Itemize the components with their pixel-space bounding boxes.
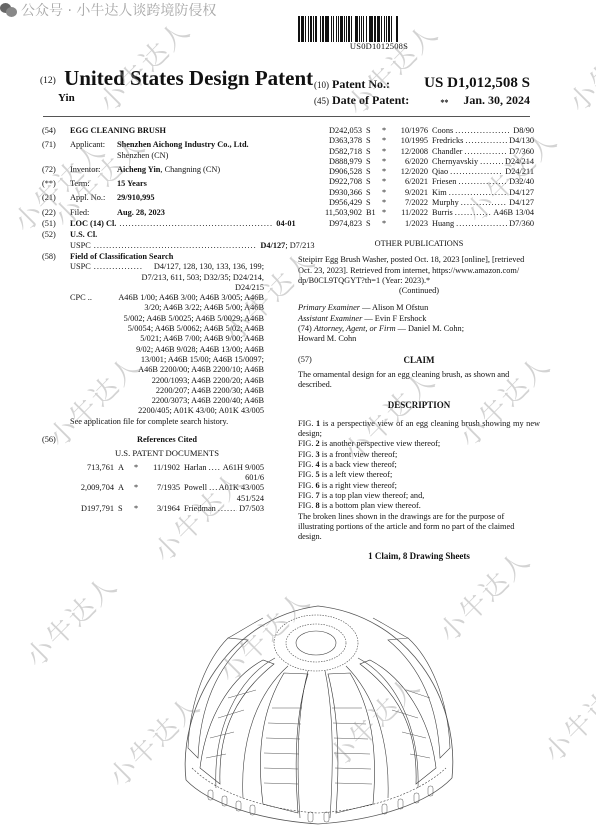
barcode-number: US0D1012508S: [298, 41, 460, 51]
field-search-note: See application file for complete search…: [70, 417, 264, 427]
field-search-cpc-line: 2200/3073; A46B 2200/40; A46B: [70, 396, 264, 406]
reference-class: D24/214: [505, 157, 534, 167]
inid-code: (51): [42, 219, 70, 229]
inid-code: (56): [42, 435, 70, 445]
field-inventor: (72) Inventor:Aicheng Yin, Changning (CN…: [42, 165, 264, 175]
reference-cited-by-examiner-marker: *: [134, 463, 144, 473]
appl-no-label: Appl. No.:: [70, 193, 117, 203]
reference-inventor: Murphy: [432, 198, 459, 208]
inid-code-45: (45): [314, 96, 329, 106]
reference-number: 713,761: [56, 463, 114, 473]
figure-description: FIG. 1 is a perspective view of an egg c…: [298, 419, 540, 440]
reference-date: 11/2022: [392, 208, 432, 218]
reference-date: 12/2020: [392, 167, 432, 177]
reference-row: D242,053S*10/1976Coons..................…: [304, 126, 534, 136]
fig-prefix: FIG.: [298, 450, 316, 459]
reference-row: D974,823S*1/2023Huang...................…: [304, 219, 534, 229]
fig-text: is a back view thereof;: [320, 460, 397, 469]
reference-date: 1/2023: [392, 219, 432, 229]
reference-class: D7/503: [239, 504, 264, 514]
primary-examiner: — Alison M Ofstun: [362, 303, 428, 312]
reference-row: D906,528S*12/2020Qiao...................…: [304, 167, 534, 177]
reference-row: D922,708S*6/2021Friesen.................…: [304, 177, 534, 187]
dot-leader: ........................................…: [455, 208, 491, 218]
reference-name-cell: Friedman................................…: [184, 504, 264, 514]
reference-kind: S: [362, 167, 382, 177]
inid-code: (71): [42, 140, 70, 161]
field-search-uspc-line-0: D4/127, 128, 130, 133, 136, 199;: [146, 262, 264, 272]
reference-cited-by-examiner-marker: *: [134, 483, 144, 493]
inid-code-12: (12): [40, 76, 56, 86]
reference-inventor: Coons: [432, 126, 453, 136]
header-divider: [43, 116, 530, 117]
inid-code: (54): [42, 126, 70, 136]
applicant-name: Shenzhen Aichong Industry Co., Ltd.: [117, 140, 249, 149]
fig-text: is a bottom plan view thereof.: [320, 501, 421, 510]
field-search-cpc-line-0: A46B 1/00; A46B 3/00; A46B 3/005; A46B: [92, 293, 264, 303]
uspc-label: USPC: [70, 241, 91, 251]
loc-label: LOC (14) Cl.: [70, 219, 116, 229]
left-references-list: 713,761A*11/1902Harlan..................…: [42, 463, 264, 514]
reference-row: D582,718S*12/2008Chandler...............…: [304, 147, 534, 157]
reference-name-cell: Harlan..................................…: [184, 463, 264, 473]
reference-number: D582,718: [304, 147, 362, 157]
reference-date: 11/1902: [144, 463, 184, 473]
figure-description: FIG. 8 is a bottom plan view thereof.: [298, 501, 540, 511]
field-search-uspc-line-1: D7/213, 611, 503; D32/35; D24/214,: [70, 273, 264, 283]
field-search-cpc-line: 2200/207; A46B 2200/30; A46B: [70, 386, 264, 396]
reference-kind: A: [114, 483, 134, 493]
fig-text: is a right view thereof;: [320, 481, 397, 490]
reference-class: D8/90: [513, 126, 534, 136]
reference-additional-class: 451/524: [56, 494, 264, 504]
field-loc: (51) LOC (14) Cl. ......................…: [42, 219, 264, 229]
reference-name-cell: Huang...................................…: [432, 219, 534, 229]
reference-row: 713,761A*11/1902Harlan..................…: [56, 463, 264, 473]
us-cl-label: U.S. Cl.: [70, 230, 315, 240]
reference-date: 6/2020: [392, 157, 432, 167]
reference-cited-by-examiner-marker: *: [382, 208, 392, 218]
reference-number: 2,009,704: [56, 483, 114, 493]
reference-name-cell: Murphy..................................…: [432, 198, 534, 208]
reference-date: 7/2022: [392, 198, 432, 208]
inid-code: (21): [42, 193, 70, 203]
broken-lines-note: The broken lines shown in the drawings a…: [298, 512, 540, 543]
field-references-cited: (56) References Cited: [42, 435, 264, 445]
right-column: D242,053S*10/1976Coons..................…: [298, 126, 540, 568]
reference-cited-by-examiner-marker: *: [382, 219, 392, 229]
dot-leader: ........................................…: [465, 136, 507, 146]
fig-prefix: FIG.: [298, 439, 316, 448]
term-value: 15 Years: [117, 179, 147, 188]
inventor-label: Inventor:: [70, 165, 117, 175]
reference-class: A46B 13/04: [493, 208, 534, 218]
reference-row: 11,503,902B1*11/2022Burris..............…: [304, 208, 534, 218]
claim-text: The ornamental design for an egg cleanin…: [298, 370, 540, 391]
reference-kind: S: [362, 147, 382, 157]
watermark: 小牛达人: [533, 660, 596, 770]
reference-date: 10/1976: [392, 126, 432, 136]
reference-number: D197,791: [56, 504, 114, 514]
reference-class: D7/360: [509, 219, 534, 229]
reference-row: D956,429S*7/2022Murphy..................…: [304, 198, 534, 208]
invention-title: EGG CLEANING BRUSH: [70, 126, 264, 136]
reference-inventor: Friesen: [432, 177, 456, 187]
field-search-cpc-line: 5/002; A46B 5/0025; A46B 5/0029; A46B: [70, 314, 264, 324]
reference-name-cell: Burris..................................…: [432, 208, 534, 218]
field-search-cpc-line: 13/001; A46B 15/00; A46B 15/0097;: [70, 355, 264, 365]
reference-kind: S: [362, 157, 382, 167]
applicant-label: Applicant:: [70, 140, 117, 161]
attorney-label: Attorney, Agent, or Firm: [314, 324, 396, 333]
inid-code: (58): [42, 252, 70, 427]
field-search-cpc-line: 5/0054; A46B 5/0062; A46B 5/02; A46B: [70, 324, 264, 334]
reference-number: D888,979: [304, 157, 362, 167]
reference-cited-by-examiner-marker: *: [382, 198, 392, 208]
claim-heading-row: (57) CLAIM: [298, 355, 540, 365]
dot-leader: ........................................…: [119, 219, 273, 229]
field-search-cpc-line: 9/02; A46B 9/028; A46B 13/00; A46B: [70, 345, 264, 355]
reference-row: D930,366S*9/2021Kim.....................…: [304, 188, 534, 198]
reference-date: 7/1935: [144, 483, 184, 493]
reference-cited-by-examiner-marker: *: [382, 157, 392, 167]
reference-kind: S: [362, 177, 382, 187]
appl-no-value: 29/910,995: [117, 193, 155, 202]
design-drawing-egg-cleaning-brush: [168, 598, 468, 827]
reference-name-cell: Powell..................................…: [184, 483, 264, 493]
description-heading: DESCRIPTION: [298, 400, 540, 410]
field-search-uspc-label: USPC: [70, 262, 91, 272]
reference-number: 11,503,902: [304, 208, 362, 218]
reference-cited-by-examiner-marker: *: [382, 126, 392, 136]
reference-date: 3/1964: [144, 504, 184, 514]
reference-class: A01K 43/005: [219, 483, 264, 493]
field-us-cl: (52) U.S. Cl. USPC .....................…: [42, 230, 264, 251]
date-of-patent-label-text: Date of Patent:: [332, 93, 409, 107]
reference-row: D363,378S*10/1995Fredricks..............…: [304, 136, 534, 146]
figure-description: FIG. 7 is a top plan view thereof; and,: [298, 491, 540, 501]
barcode: [298, 16, 460, 42]
reference-row: 2,009,704A*7/1935Powell.................…: [56, 483, 264, 493]
reference-cited-by-examiner-marker: *: [382, 147, 392, 157]
reference-name-cell: Chernyavskiy............................…: [432, 157, 534, 167]
field-search-cpc-lines: 3/20; A46B 3/22; A46B 5/00; A46B5/002; A…: [70, 303, 264, 416]
filed-label: Filed:: [70, 208, 117, 218]
reference-name-cell: Kim.....................................…: [432, 188, 534, 198]
field-search-cpc-line: 3/20; A46B 3/22; A46B 5/00; A46B: [70, 303, 264, 313]
reference-class: D7/360: [509, 147, 534, 157]
field-filed: (22) Filed:Aug. 28, 2023: [42, 208, 264, 218]
primary-examiner-label: Primary Examiner: [298, 303, 360, 312]
reference-inventor: Harlan: [184, 463, 207, 473]
dot-leader: ........................................…: [218, 504, 237, 514]
reference-row: D888,979S*6/2020Chernyavskiy............…: [304, 157, 534, 167]
inid-code: (**): [42, 179, 70, 189]
dot-leader: ........................................…: [464, 147, 507, 157]
inid-code: (57): [298, 355, 328, 365]
reference-class: A61H 9/005: [223, 463, 264, 473]
us-cl-primary: D4/127: [260, 241, 285, 250]
reference-kind: S: [362, 219, 382, 229]
term-label: Term:: [70, 179, 117, 189]
reference-additional-class: 601/6: [56, 473, 264, 483]
watermark: 小牛达人: [558, 10, 596, 120]
reference-number: D956,429: [304, 198, 362, 208]
reference-kind: A: [114, 463, 134, 473]
reference-cited-by-examiner-marker: *: [382, 177, 392, 187]
inid-code: (74): [298, 324, 312, 333]
dot-leader: ........................................…: [461, 198, 507, 208]
patent-number-label-text: Patent No.:: [332, 77, 390, 91]
fig-prefix: FIG.: [298, 470, 316, 479]
reference-kind: S: [362, 198, 382, 208]
date-of-patent: ** Jan. 30, 2024: [440, 93, 530, 108]
inventor-location: , Changning (CN): [160, 165, 220, 174]
fig-prefix: FIG.: [298, 501, 316, 510]
reference-number: D363,378: [304, 136, 362, 146]
applicant-location: Shenzhen (CN): [117, 151, 168, 160]
reference-name-cell: Qiao....................................…: [432, 167, 534, 177]
inid-code-10: (10): [314, 80, 329, 90]
fig-text: is a front view thereof;: [320, 450, 398, 459]
filed-value: Aug. 28, 2023: [117, 208, 165, 217]
reference-inventor: Qiao: [432, 167, 448, 177]
field-search-cpc-line: A46B 2200/00; A46B 2200/10; A46B: [70, 365, 264, 375]
reference-inventor: Burris: [432, 208, 453, 218]
reference-name-cell: Fredricks...............................…: [432, 136, 534, 146]
reference-inventor: Powell: [184, 483, 207, 493]
fig-prefix: FIG.: [298, 491, 316, 500]
field-applicant: (71) Applicant: Shenzhen Aichong Industr…: [42, 140, 264, 161]
figure-description: FIG. 5 is a left view thereof;: [298, 470, 540, 480]
continued-label: (Continued): [298, 286, 540, 296]
reference-inventor: Chandler: [432, 147, 462, 157]
field-search-cpc-line: 2200/1093; A46B 2200/20; A46B: [70, 376, 264, 386]
dot-leader: ........................................…: [209, 463, 221, 473]
reference-name-cell: Chandler................................…: [432, 147, 534, 157]
reference-number: D930,366: [304, 188, 362, 198]
field-search-uspc-line-2: D24/215: [70, 283, 264, 293]
other-publications-heading: OTHER PUBLICATIONS: [298, 239, 540, 249]
reference-cited-by-examiner-marker: *: [382, 188, 392, 198]
reference-class: D32/40: [509, 177, 534, 187]
figure-description: FIG. 3 is a front view thereof;: [298, 450, 540, 460]
assistant-examiner-label: Assistant Examiner: [298, 314, 362, 323]
document-type-title: (12) United States Design Patent: [40, 66, 313, 91]
figure-description: FIG. 6 is a right view thereof;: [298, 481, 540, 491]
reference-name-cell: Friesen.................................…: [432, 177, 534, 187]
watermark: 小牛达人: [88, 10, 198, 120]
reference-inventor: Huang: [432, 219, 454, 229]
fig-text: is a perspective view of an egg cleaning…: [298, 419, 540, 438]
wechat-icon: [0, 3, 18, 17]
examiners: Primary Examiner — Alison M Ofstun Assis…: [298, 303, 540, 344]
fig-text: is a left view thereof;: [320, 470, 393, 479]
document-type: United States Design Patent: [64, 66, 313, 90]
us-patent-documents-heading: U.S. PATENT DOCUMENTS: [70, 448, 264, 458]
fig-text: is another perspective view thereof;: [320, 439, 441, 448]
references-cited-label: References Cited: [70, 435, 264, 445]
reference-date: 12/2008: [392, 147, 432, 157]
field-classification-search: (58) Field of Classification Search USPC…: [42, 252, 264, 427]
reference-kind: S: [114, 504, 134, 514]
inid-code: (22): [42, 208, 70, 218]
figure-description: FIG. 4 is a back view thereof;: [298, 460, 540, 470]
other-publication-entry: Steipirr Egg Brush Washer, posted Oct. 1…: [298, 255, 540, 286]
field-search-cpc-line: 5/021; A46B 7/00; A46B 9/00; A46B: [70, 334, 264, 344]
reference-inventor: Kim: [432, 188, 447, 198]
figure-description: FIG. 2 is another perspective view there…: [298, 439, 540, 449]
reference-inventor: Friedman: [184, 504, 216, 514]
field-term: (**) Term:15 Years: [42, 179, 264, 189]
left-column: (54) EGG CLEANING BRUSH (71) Applicant: …: [42, 126, 264, 514]
figure-descriptions: FIG. 1 is a perspective view of an egg c…: [298, 419, 540, 512]
right-references-list: D242,053S*10/1976Coons..................…: [298, 126, 540, 229]
patent-number-label: (10) Patent No.:: [314, 77, 390, 92]
reference-class: D4/130: [509, 136, 534, 146]
inid-code: (72): [42, 165, 70, 175]
watermark: 小牛达人: [15, 565, 125, 675]
reference-number: D906,528: [304, 167, 362, 177]
field-appl-no: (21) Appl. No.:29/910,995: [42, 193, 264, 203]
reference-cited-by-examiner-marker: *: [382, 167, 392, 177]
reference-kind: S: [362, 136, 382, 146]
reference-date: 10/1995: [392, 136, 432, 146]
inid-code: (52): [42, 230, 70, 251]
loc-value: 04-01: [276, 219, 295, 229]
field-search-label: Field of Classification Search: [70, 252, 264, 262]
reference-kind: S: [362, 126, 382, 136]
fig-prefix: FIG.: [298, 460, 316, 469]
field-title: (54) EGG CLEANING BRUSH: [42, 126, 264, 136]
dot-leader: ........................................…: [94, 241, 258, 251]
reference-number: D242,053: [304, 126, 362, 136]
reference-class: D4/127: [509, 188, 534, 198]
reference-date: 9/2021: [392, 188, 432, 198]
reference-name-cell: Coons...................................…: [432, 126, 534, 136]
patent-number: US D1,012,508 S: [424, 75, 530, 92]
reference-row: D197,791S*3/1964Friedman................…: [56, 504, 264, 514]
reference-kind: B1: [362, 208, 382, 218]
fig-prefix: FIG.: [298, 419, 316, 428]
reference-inventor: Fredricks: [432, 136, 463, 146]
assistant-examiner: — Evin F Ershock: [364, 314, 426, 323]
reference-cited-by-examiner-marker: *: [382, 136, 392, 146]
inventor-surname: Yin: [58, 92, 75, 104]
dot-leader: ........................................…: [480, 157, 503, 167]
dot-leader: ........................................…: [455, 126, 511, 136]
dot-leader: ........................................…: [209, 483, 217, 493]
fig-text: is a top plan view thereof; and,: [320, 491, 425, 500]
term-marker: **: [440, 98, 448, 107]
claim-heading: CLAIM: [328, 355, 540, 365]
field-search-cpc-label: CPC ..: [70, 293, 92, 303]
dot-leader: ........................................…: [450, 167, 503, 177]
reference-kind: S: [362, 188, 382, 198]
dot-leader: ........................................…: [449, 188, 507, 198]
reference-cited-by-examiner-marker: *: [134, 504, 144, 514]
reference-inventor: Chernyavskiy: [432, 157, 478, 167]
dot-leader: ........................................…: [458, 177, 507, 187]
reference-number: D922,708: [304, 177, 362, 187]
claims-sheets-summary: 1 Claim, 8 Drawing Sheets: [298, 551, 540, 561]
dot-leader: ................: [94, 262, 143, 272]
date-of-patent-value: Jan. 30, 2024: [463, 93, 530, 107]
reference-class: D24/211: [505, 167, 534, 177]
footer-watermark-text: 公众号 · 小牛达人谈跨境防侵权: [21, 0, 216, 20]
dot-leader: ........................................…: [456, 219, 507, 229]
fig-prefix: FIG.: [298, 481, 316, 490]
reference-date: 6/2021: [392, 177, 432, 187]
date-of-patent-label: (45) Date of Patent:: [314, 93, 409, 108]
reference-number: D974,823: [304, 219, 362, 229]
field-search-cpc-line: 2200/405; A01K 43/00; A01K 43/005: [70, 406, 264, 416]
reference-class: D4/127: [509, 198, 534, 208]
inventor-name: Aicheng Yin: [117, 165, 160, 174]
